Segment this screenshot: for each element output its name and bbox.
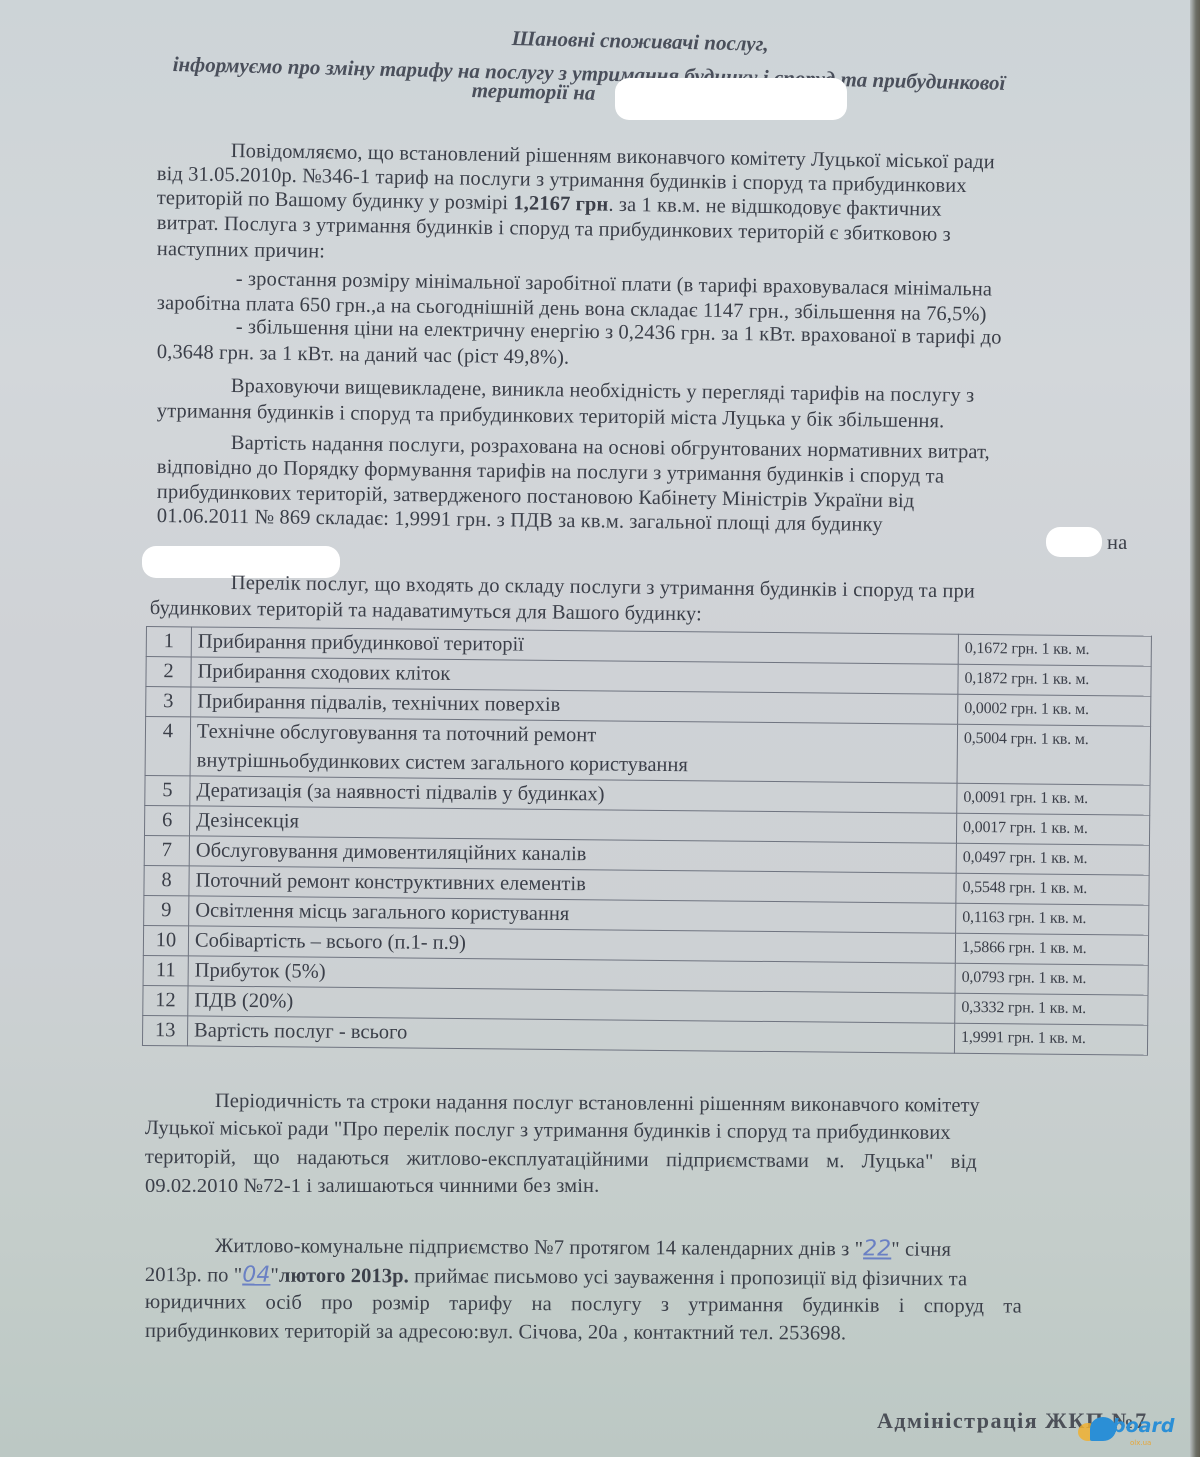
page-edge-shadow xyxy=(1190,0,1200,1457)
service-price: 0,1672 грн. 1 кв. м. xyxy=(958,634,1151,666)
service-name: Вартість послуг - всього xyxy=(187,1016,954,1053)
row-number: 11 xyxy=(143,955,188,985)
row-number: 12 xyxy=(143,985,188,1015)
row-number: 4 xyxy=(145,717,191,776)
heading-line-1: Шановні споживачі послуг, xyxy=(511,26,768,57)
service-price: 0,0017 грн. 1 кв. м. xyxy=(956,813,1149,845)
service-price: 0,0497 грн. 1 кв. м. xyxy=(956,843,1149,875)
row-number: 13 xyxy=(142,1015,187,1045)
watermark-text: board xyxy=(1112,1415,1174,1437)
periodicity-line-4: 09.02.2010 №72-1 і залишаються чинними б… xyxy=(145,1175,599,1198)
notice-document: Шановні споживачі послуг, інформуємо про… xyxy=(0,0,1190,1457)
list-intro-line-2: будинкових територій та надаватимуться д… xyxy=(150,597,702,626)
row-number: 8 xyxy=(144,865,189,895)
row-number: 5 xyxy=(145,775,190,805)
services-table: 1Прибирання прибудинкової території0,167… xyxy=(142,626,1152,1056)
periodicity-line-3: територій, що надаються житлово-експлуат… xyxy=(145,1146,977,1174)
service-price: 0,1872 грн. 1 кв. м. xyxy=(958,664,1151,696)
old-tariff: 1,2167 грн xyxy=(513,192,608,215)
periodicity-line-2: Луцької міської ради "Про перелік послуг… xyxy=(145,1117,951,1145)
row-number: 9 xyxy=(144,895,189,925)
cost-line-4-end: на xyxy=(1107,532,1127,555)
redacted-house-number xyxy=(1046,527,1102,557)
service-price: 0,0002 грн. 1 кв. м. xyxy=(958,694,1151,726)
row-number: 7 xyxy=(144,835,189,865)
redacted-address xyxy=(615,78,847,120)
row-number: 2 xyxy=(146,657,191,687)
service-price: 0,0793 грн. 1 кв. м. xyxy=(955,963,1148,995)
handwritten-start-day: 22 xyxy=(863,1236,891,1261)
notice-line-1: Житлово-комунальне підприємство №7 протя… xyxy=(215,1233,951,1262)
heading-line-3: території на xyxy=(471,78,595,106)
row-number: 6 xyxy=(144,805,189,835)
service-price: 1,9991 грн. 1 кв. м. xyxy=(954,1023,1147,1055)
notice-line-4: прибудинкових територій за адресою:вул. … xyxy=(145,1320,846,1345)
watermark-logo: board olx.ua xyxy=(1090,1415,1190,1449)
reason-2-line-2: 0,3648 грн. за 1 кВт. на даний час (ріст… xyxy=(157,341,570,370)
row-number: 1 xyxy=(146,627,191,657)
service-price: 0,5004 грн. 1 кв. м. xyxy=(957,724,1151,785)
table-row: 4Технічне обслуговування та поточний рем… xyxy=(145,717,1151,786)
periodicity-line-1: Періодичність та строки надання послуг в… xyxy=(215,1090,980,1118)
service-price: 0,3332 грн. 1 кв. м. xyxy=(955,993,1148,1025)
row-number: 10 xyxy=(143,925,188,955)
service-price: 0,5548 грн. 1 кв. м. xyxy=(956,873,1149,905)
service-price: 0,1163 грн. 1 кв. м. xyxy=(956,903,1149,935)
notice-line-3: юридичних осіб про розмір тарифу на посл… xyxy=(145,1291,1022,1319)
service-name: Технічне обслуговування та поточний ремо… xyxy=(190,717,958,783)
service-price: 0,0091 грн. 1 кв. м. xyxy=(957,783,1150,815)
row-number: 3 xyxy=(146,687,191,717)
service-price: 1,5866 грн. 1 кв. м. xyxy=(955,933,1148,965)
intro-line-5: наступних причин: xyxy=(157,238,326,263)
notice-line-2: 2013р. по "04"лютого 2013р. приймає пись… xyxy=(145,1262,967,1291)
watermark-subtext: olx.ua xyxy=(1130,1439,1151,1447)
handwritten-end-day: 04 xyxy=(242,1263,270,1288)
